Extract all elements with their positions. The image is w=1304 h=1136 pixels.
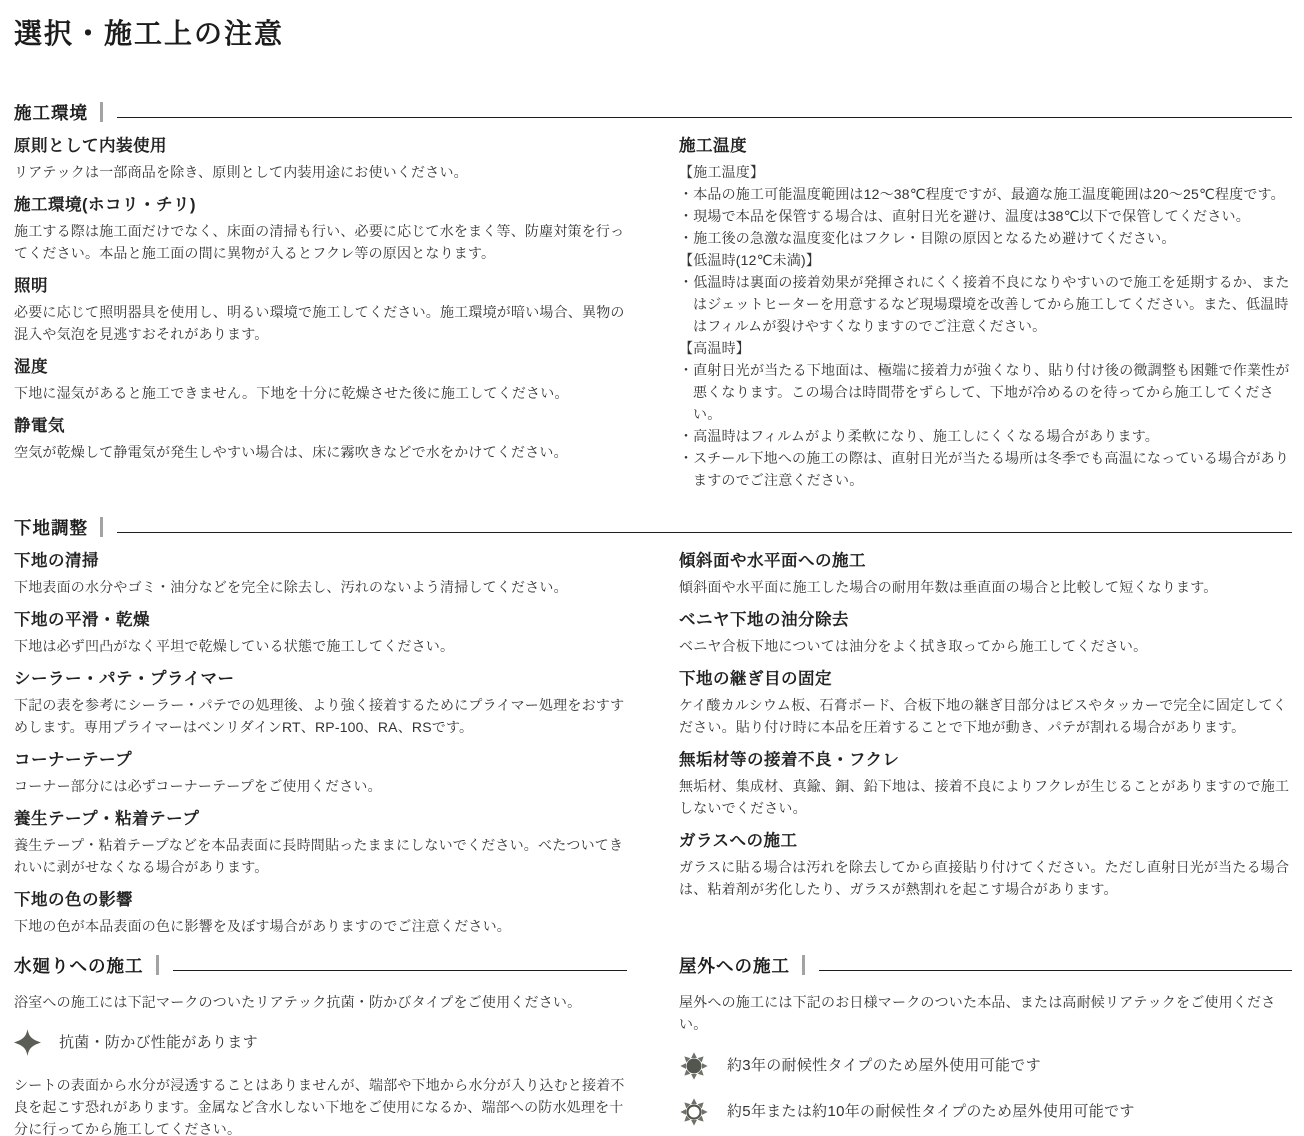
item-body: ベニヤ合板下地については油分をよく拭き取ってから施工してください。 — [679, 635, 1292, 657]
section-outdoor-header: 屋外への施工 — [679, 953, 1292, 977]
bracket-label: 【低温時(12℃未満)】 — [679, 249, 1292, 271]
item-title: ガラスへの施工 — [679, 831, 1292, 851]
section-rule-line — [117, 532, 1292, 533]
item-body: 下記の表を参考にシーラー・パテでの処理後、より強く接着するためにプライマー処理を… — [14, 694, 627, 738]
substrate-columns: 下地の清掃 下地表面の水分やゴミ・油分などを完全に除去し、汚れのないよう清掃して… — [14, 539, 1292, 937]
section-rule-line — [117, 117, 1292, 118]
item-title: 施工環境(ホコリ・チリ) — [14, 195, 627, 215]
section-divider-bar — [100, 102, 103, 122]
item-title: コーナーテープ — [14, 750, 627, 770]
item-body: 下地の色が本品表面の色に影響を及ぼす場合がありますのでご注意ください。 — [14, 915, 627, 937]
item-body: 空気が乾燥して静電気が発生しやすい場合は、床に霧吹きなどで水をかけてください。 — [14, 441, 627, 463]
section-construction-environment-header: 施工環境 — [14, 100, 1292, 124]
substrate-left-column: 下地の清掃 下地表面の水分やゴミ・油分などを完全に除去し、汚れのないよう清掃して… — [14, 539, 627, 937]
item-title: ベニヤ下地の油分除去 — [679, 610, 1292, 630]
item-body: 下地に湿気があると施工できません。下地を十分に乾燥させた後に施工してください。 — [14, 382, 627, 404]
item-title: シーラー・パテ・プライマー — [14, 669, 627, 689]
item-body: 施工する際は施工面だけでなく、床面の清掃も行い、必要に応じて水をまく等、防塵対策… — [14, 220, 627, 264]
section-wet-area: 水廻りへの施工 浴室への施工には下記マークのついたリアテック抗菌・防かびタイプを… — [14, 953, 627, 1136]
section-rule-line — [173, 970, 628, 971]
item-title: 養生テープ・粘着テープ — [14, 809, 627, 829]
item-body: リアテックは一部商品を除き、原則として内装用途にお使いください。 — [14, 161, 627, 183]
item-title: 湿度 — [14, 357, 627, 377]
item-title: 静電気 — [14, 416, 627, 436]
section-substrate-adjustment-title: 下地調整 — [14, 515, 88, 540]
section-substrate-adjustment-header: 下地調整 — [14, 515, 1292, 539]
item-title: 下地の色の影響 — [14, 890, 627, 910]
bracket-label: 【施工温度】 — [679, 161, 1292, 183]
section-wet-area-header: 水廻りへの施工 — [14, 953, 627, 977]
sparkle-icon — [14, 1029, 41, 1056]
section-outdoor-title: 屋外への施工 — [679, 953, 790, 978]
outdoor-intro: 屋外への施工には下記のお日様マークのついた本品、または高耐候リアテックをご使用く… — [679, 991, 1292, 1035]
section-divider-bar — [100, 517, 103, 537]
item-body: ケイ酸カルシウム板、石膏ボード、合板下地の継ぎ目部分はビスやタッカーで完全に固定… — [679, 694, 1292, 738]
item-title: 原則として内装使用 — [14, 136, 627, 156]
item-title: 施工温度 — [679, 136, 1292, 156]
antibacterial-mark-row: 抗菌・防かび性能があります — [14, 1029, 627, 1056]
item-body: 傾斜面や水平面に施工した場合の耐用年数は垂直面の場合と比較して短くなります。 — [679, 576, 1292, 598]
item-title: 下地の継ぎ目の固定 — [679, 669, 1292, 689]
section-rule-line — [819, 970, 1292, 971]
item-title: 傾斜面や水平面への施工 — [679, 551, 1292, 571]
section-outdoor: 屋外への施工 屋外への施工には下記のお日様マークのついた本品、または高耐候リアテ… — [679, 953, 1292, 1127]
bullet-item: ・本品の施工可能温度範囲は12〜38℃程度ですが、最適な施工温度範囲は20〜25… — [679, 183, 1292, 205]
weather-mark-label: 約5年または約10年の耐候性タイプのため屋外使用可能です — [727, 1101, 1135, 1123]
environment-left-column: 原則として内装使用 リアテックは一部商品を除き、原則として内装用途にお使いくださ… — [14, 124, 627, 463]
sparkle-shape — [14, 1029, 41, 1056]
section-divider-bar — [802, 955, 805, 975]
bullet-item: ・低温時は裏面の接着効果が発揮されにくく接着不良になりやすいので施工を延期するか… — [679, 271, 1292, 337]
wet-area-intro: 浴室への施工には下記マークのついたリアテック抗菌・防かびタイプをご使用ください。 — [14, 991, 627, 1013]
bullet-item: ・高温時はフィルムがより柔軟になり、施工しにくくなる場合があります。 — [679, 425, 1292, 447]
item-title: 下地の清掃 — [14, 551, 627, 571]
section-wet-area-title: 水廻りへの施工 — [14, 953, 144, 978]
section-construction-environment-title: 施工環境 — [14, 100, 88, 125]
bullet-item: ・現場で本品を保管する場合は、直射日光を避け、温度は38℃以下で保管してください… — [679, 205, 1292, 227]
bullet-item: ・直射日光が当たる下地面は、極端に接着力が強くなり、貼り付け後の微調整も困難で作… — [679, 359, 1292, 425]
item-body: コーナー部分には必ずコーナーテープをご使用ください。 — [14, 775, 627, 797]
item-title: 照明 — [14, 276, 627, 296]
sun-filled-icon — [679, 1051, 709, 1081]
environment-right-column: 施工温度 【施工温度】 ・本品の施工可能温度範囲は12〜38℃程度ですが、最適な… — [679, 124, 1292, 491]
section-divider-bar — [156, 955, 159, 975]
item-title: 無垢材等の接着不良・フクレ — [679, 750, 1292, 770]
page-title: 選択・施工上の注意 — [14, 12, 1292, 52]
section-substrate-adjustment: 下地調整 下地の清掃 下地表面の水分やゴミ・油分などを完全に除去し、汚れのないよ… — [14, 515, 1292, 937]
item-body: 無垢材、集成材、真鍮、銅、鉛下地は、接着不良によりフクレが生じることがありますの… — [679, 775, 1292, 819]
bullet-item: ・施工後の急激な温度変化はフクレ・目隙の原因となるため避けてください。 — [679, 227, 1292, 249]
item-body: ガラスに貼る場合は汚れを除去してから直接貼り付けてください。ただし直射日光が当た… — [679, 856, 1292, 900]
item-title: 下地の平滑・乾燥 — [14, 610, 627, 630]
document-page: 選択・施工上の注意 施工環境 原則として内装使用 リアテックは一部商品を除き、原… — [0, 0, 1304, 1136]
section-construction-environment: 施工環境 原則として内装使用 リアテックは一部商品を除き、原則として内装用途にお… — [14, 100, 1292, 491]
antibacterial-mark-label: 抗菌・防かび性能があります — [59, 1032, 258, 1054]
sun-outline-icon — [679, 1097, 709, 1127]
bracket-label: 【高温時】 — [679, 337, 1292, 359]
wet-area-note: シートの表面から水分が浸透することはありませんが、端部や下地から水分が入り込むと… — [14, 1074, 627, 1136]
sun-core-filled — [687, 1059, 702, 1074]
item-body: 下地表面の水分やゴミ・油分などを完全に除去し、汚れのないよう清掃してください。 — [14, 576, 627, 598]
bottom-sections: 水廻りへの施工 浴室への施工には下記マークのついたリアテック抗菌・防かびタイプを… — [14, 953, 1292, 1136]
substrate-right-column: 傾斜面や水平面への施工 傾斜面や水平面に施工した場合の耐用年数は垂直面の場合と比… — [679, 539, 1292, 900]
item-body: 下地は必ず凹凸がなく平坦で乾燥している状態で施工してください。 — [14, 635, 627, 657]
item-body: 養生テープ・粘着テープなどを本品表面に長時間貼ったままにしないでください。べたつ… — [14, 834, 627, 878]
bullet-item: ・スチール下地への施工の際は、直射日光が当たる場所は冬季でも高温になっている場合… — [679, 447, 1292, 491]
weather-mark-row-3year: 約3年の耐候性タイプのため屋外使用可能です — [679, 1051, 1292, 1081]
weather-mark-row-5-10year: 約5年または約10年の耐候性タイプのため屋外使用可能です — [679, 1097, 1292, 1127]
item-body: 必要に応じて照明器具を使用し、明るい環境で施工してください。施工環境が暗い場合、… — [14, 301, 627, 345]
weather-mark-label: 約3年の耐候性タイプのため屋外使用可能です — [727, 1055, 1041, 1077]
environment-columns: 原則として内装使用 リアテックは一部商品を除き、原則として内装用途にお使いくださ… — [14, 124, 1292, 491]
sun-core-outline — [687, 1105, 700, 1118]
